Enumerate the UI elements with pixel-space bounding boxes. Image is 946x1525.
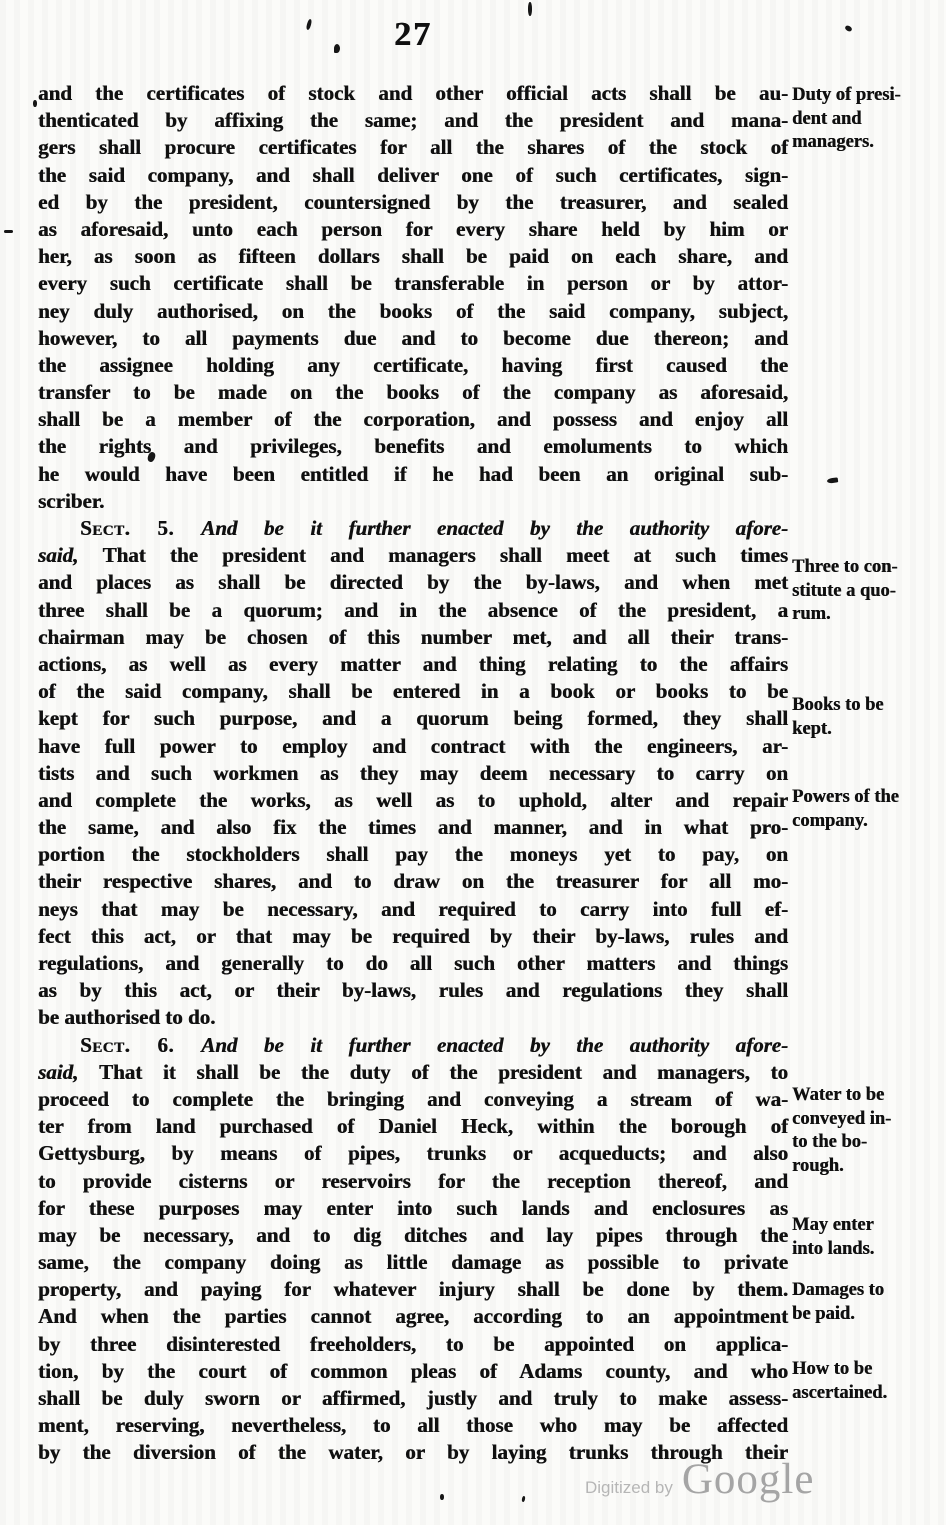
margin-note: Duty of presi- dent and managers. — [792, 84, 942, 155]
text-line: ney duly authorised, on the books of the… — [38, 298, 788, 325]
text-line: be authorised to do. — [38, 1004, 788, 1031]
text-line: tion, by the court of common pleas of Ad… — [38, 1358, 788, 1385]
scanned-book-page: 27 and the certificates of stock and oth… — [0, 0, 946, 1525]
text-line: the assignee holding any certificate, ha… — [38, 352, 788, 379]
text-line: shall be duly sworn or affirmed, justly … — [38, 1385, 788, 1412]
text-line: thenticated by affixing the same; and th… — [38, 107, 788, 134]
text-line: as by this act, or their by-laws, rules … — [38, 977, 788, 1004]
text-line: neys that may be necessary, and required… — [38, 896, 788, 923]
margin-note: Water to be conveyed in- to the bo- roug… — [792, 1084, 942, 1178]
margin-note: Three to con- stitute a quo- rum. — [792, 556, 942, 627]
text-line: scriber. — [38, 488, 788, 515]
text-line: portion the stockholders shall pay the m… — [38, 841, 788, 868]
text-line: the same, and also fix the times and man… — [38, 814, 788, 841]
margin-column: Duty of presi- dent and managers.Three t… — [792, 0, 942, 1525]
text-line: said, That it shall be the duty of the p… — [38, 1059, 788, 1086]
ink-speck-artifact — [440, 1494, 444, 1500]
ink-speck-artifact — [334, 44, 340, 53]
text-line: same, the company doing as little damage… — [38, 1249, 788, 1276]
text-line: to provide cisterns or reservoirs for th… — [38, 1168, 788, 1195]
text-line: as aforesaid, unto each person for every… — [38, 216, 788, 243]
paragraph-sect4-continuation: and the certificates of stock and other … — [38, 80, 788, 515]
paragraph-section-6: Sect. 6. And be it further enacted by th… — [38, 1032, 788, 1467]
margin-note: May enter into lands. — [792, 1214, 942, 1261]
text-line: ment, reserving, nevertheless, to all th… — [38, 1412, 788, 1439]
digitization-watermark: Digitized by Google — [585, 1455, 814, 1504]
text-line: shall be a member of the corporation, an… — [38, 406, 788, 433]
text-line: ter from land purchased of Daniel Heck, … — [38, 1113, 788, 1140]
margin-note: Powers of the company. — [792, 786, 942, 833]
text-line: fect this act, or that may be required b… — [38, 923, 788, 950]
ink-speck-artifact — [4, 230, 13, 233]
text-line: and the certificates of stock and other … — [38, 80, 788, 107]
margin-note: Books to be kept. — [792, 694, 942, 741]
text-line: actions, as well as every matter and thi… — [38, 651, 788, 678]
ink-speck-artifact — [528, 2, 532, 16]
paragraph-section-5: Sect. 5. And be it further enacted by th… — [38, 515, 788, 1032]
text-line: said, That the president and managers sh… — [38, 542, 788, 569]
text-line: and complete the works, as well as to up… — [38, 787, 788, 814]
text-line: the said company, and shall deliver one … — [38, 162, 788, 189]
text-line: regulations, and generally to do all suc… — [38, 950, 788, 977]
text-line: have full power to employ and contract w… — [38, 733, 788, 760]
text-line: tists and such workmen as they may deem … — [38, 760, 788, 787]
text-line: Sect. 5. And be it further enacted by th… — [38, 515, 788, 542]
text-line: may be necessary, and to dig ditches and… — [38, 1222, 788, 1249]
text-line: and places as shall be directed by the b… — [38, 569, 788, 596]
text-line: transfer to be made on the books of the … — [38, 379, 788, 406]
text-line: of the said company, shall be entered in… — [38, 678, 788, 705]
margin-note: Damages to be paid. — [792, 1279, 942, 1326]
text-line: kept for such purpose, and a quorum bein… — [38, 705, 788, 732]
google-logo: Google — [682, 1455, 815, 1504]
ink-speck-artifact — [33, 100, 37, 107]
text-line: every such certificate shall be transfer… — [38, 270, 788, 297]
text-line: And when the parties cannot agree, accor… — [38, 1303, 788, 1330]
text-line: three shall be a quorum; and in the abse… — [38, 597, 788, 624]
body-column: and the certificates of stock and other … — [38, 80, 788, 1467]
text-line: for these purposes may enter into such l… — [38, 1195, 788, 1222]
page-number: 27 — [0, 16, 826, 54]
text-line: however, to all payments due and to beco… — [38, 325, 788, 352]
margin-note: How to be ascertained. — [792, 1358, 942, 1405]
text-line: their respective shares, and to draw on … — [38, 868, 788, 895]
text-line: her, as soon as fifteen dollars shall be… — [38, 243, 788, 270]
text-line: proceed to complete the bringing and con… — [38, 1086, 788, 1113]
text-line: property, and paying for whatever injury… — [38, 1276, 788, 1303]
text-line: by three disinterested freeholders, to b… — [38, 1331, 788, 1358]
text-line: ed by the president, countersigned by th… — [38, 189, 788, 216]
text-line: gers shall procure certificates for all … — [38, 134, 788, 161]
text-line: Sect. 6. And be it further enacted by th… — [38, 1032, 788, 1059]
watermark-prefix-label: Digitized by — [585, 1478, 673, 1498]
text-line: chairman may be chosen of this number me… — [38, 624, 788, 651]
text-line: Gettysburg, by means of pipes, trunks or… — [38, 1140, 788, 1167]
text-line: he would have been entitled if he had be… — [38, 461, 788, 488]
ink-speck-artifact — [521, 1496, 525, 1502]
